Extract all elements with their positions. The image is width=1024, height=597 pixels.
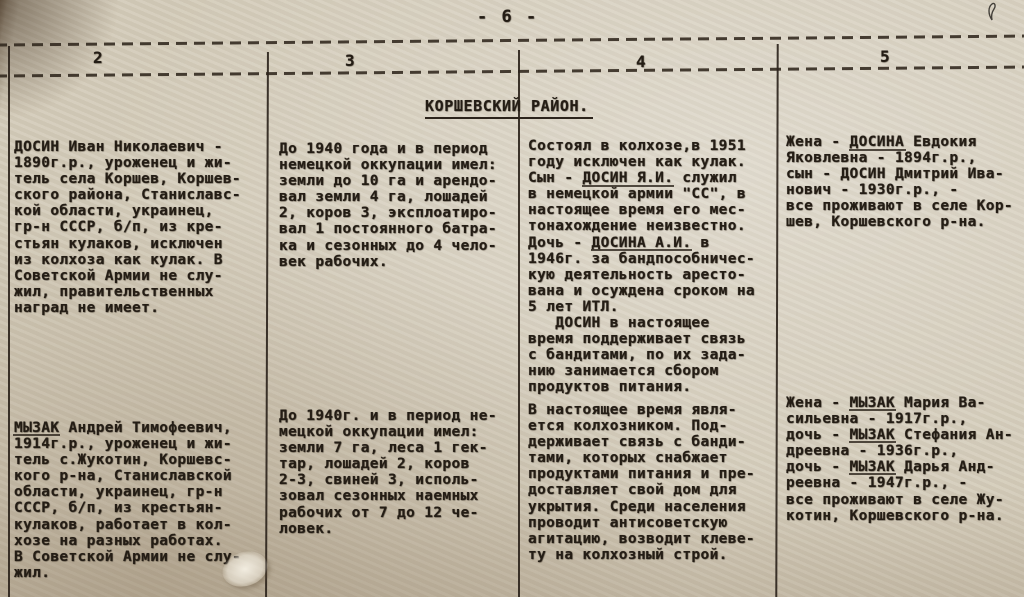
header-bottom-border — [0, 65, 1024, 77]
record-myzak-activity-cell: В настоящее время явля- ется колхозником… — [528, 402, 755, 563]
name-underline — [849, 149, 906, 151]
record-dosin-property-cell: До 1940 года и в период немецкой оккупац… — [279, 141, 497, 270]
column-header-2: 2 — [93, 48, 103, 67]
record-myzak-biography-cell: МЫЗАК Андрей Тимофеевич, 1914г.р., уроже… — [14, 420, 241, 581]
column-divider — [265, 52, 269, 597]
name-underline — [591, 249, 692, 251]
column-header-3: 3 — [345, 51, 355, 70]
table-left-border — [8, 46, 10, 597]
district-title: КОРШЕВСКИЙ РАЙОН. — [425, 97, 593, 119]
record-myzak-property-cell: До 1940г. и в период не- мецкой оккупаци… — [279, 408, 497, 537]
name-underline — [849, 409, 896, 411]
page-number: - 6 - — [477, 7, 538, 27]
handwritten-mark-icon — [984, 1, 1000, 23]
record-dosin-biography-cell: ДОСИН Иван Николаевич - 1890г.р., урожен… — [14, 139, 241, 316]
column-header-5: 5 — [880, 47, 890, 66]
column-divider — [518, 50, 520, 597]
name-underline — [13, 434, 60, 436]
document-page: - 6 - 2 3 4 5 КОРШЕВСКИЙ РАЙОН. ДОСИН Ив… — [0, 0, 1024, 597]
record-dosin-activity-cell: Состоял в колхозе,в 1951 году исключен к… — [528, 138, 755, 396]
record-myzak-family-cell: Жена - МЫЗАК Мария Ва- сильевна - 1917г.… — [786, 395, 1013, 524]
name-underline — [849, 441, 896, 443]
name-underline — [849, 473, 896, 475]
name-underline — [582, 185, 674, 187]
column-divider — [775, 44, 779, 597]
table-top-border — [0, 34, 1024, 46]
column-header-4: 4 — [636, 52, 646, 71]
